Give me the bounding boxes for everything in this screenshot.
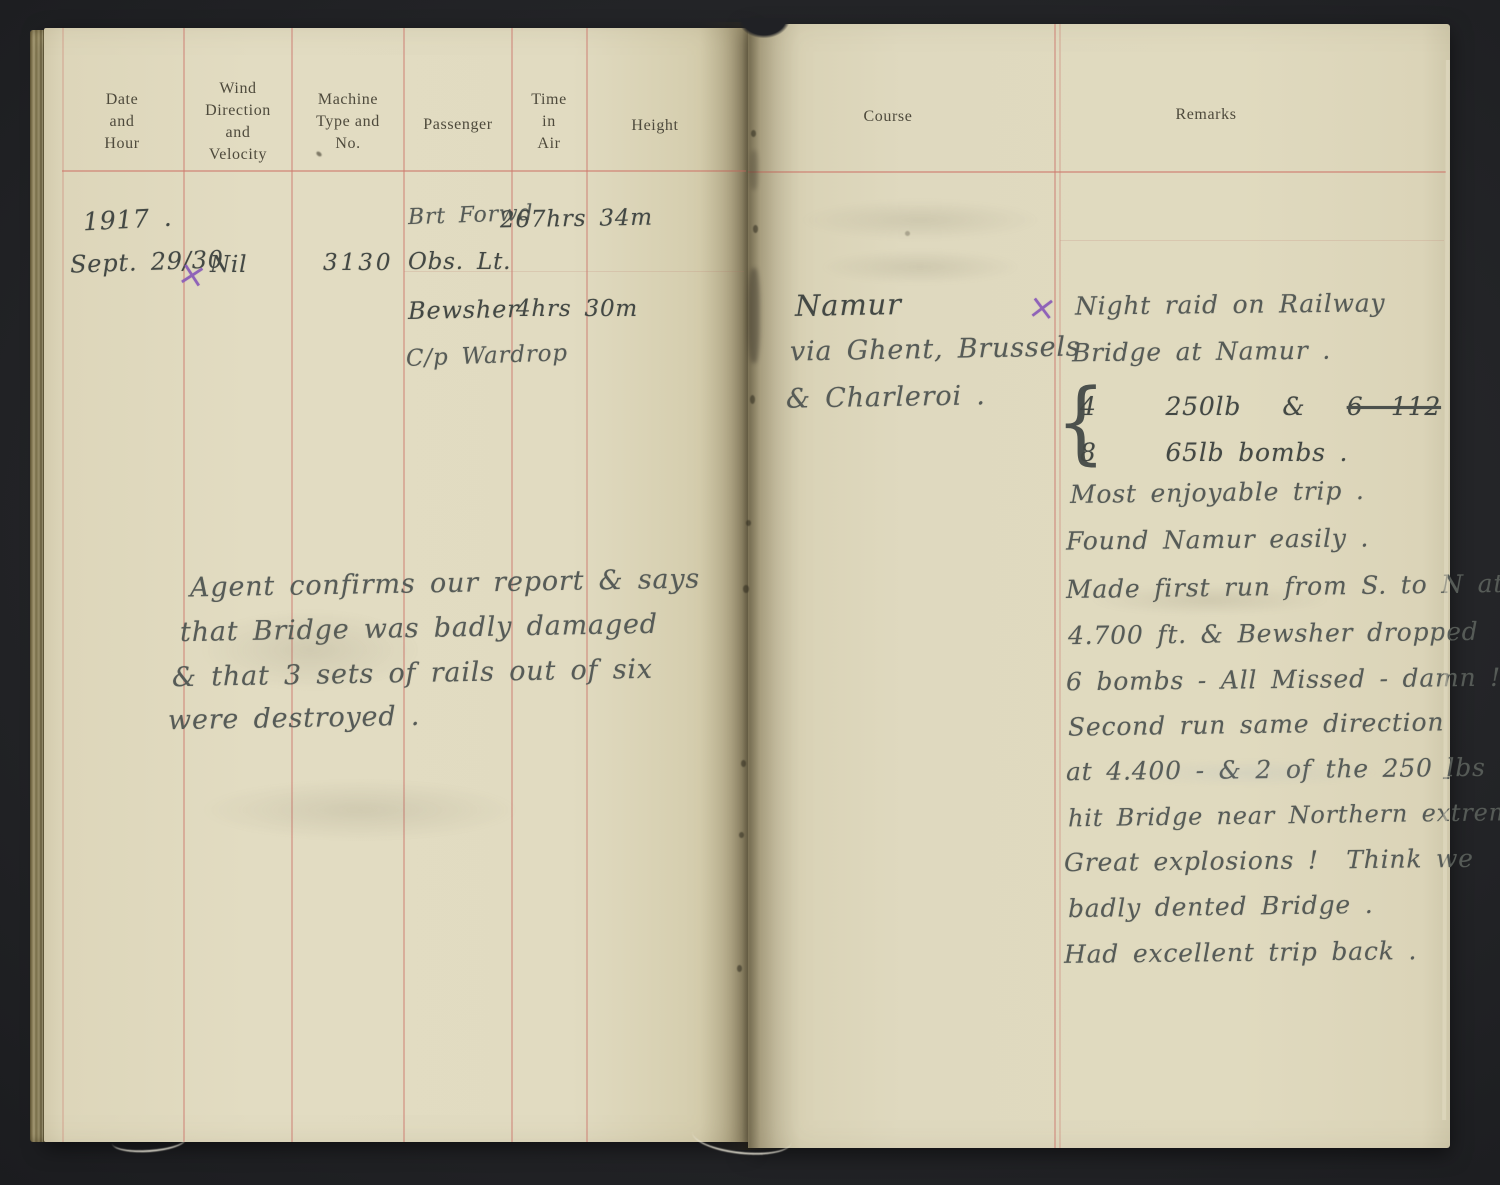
remarks-line: Found Namur easily . xyxy=(1066,523,1370,555)
header-rule xyxy=(62,170,746,172)
header-rule xyxy=(748,171,1446,173)
dust-speck xyxy=(739,832,744,838)
column-rule xyxy=(62,28,64,1142)
remarks-line: Most enjoyable trip . xyxy=(1070,476,1365,509)
remarks-line: hit Bridge near Northern extremity xyxy=(1068,798,1500,833)
course-line: via Ghent, Brussels xyxy=(790,331,1081,367)
entry-machine-no: 3130 xyxy=(323,250,394,276)
dust-speck xyxy=(737,965,742,972)
dust-speck xyxy=(746,520,751,526)
dust-speck xyxy=(743,585,749,593)
remarks-line: Great explosions ! Think we xyxy=(1064,844,1474,877)
remarks-line: Had excellent trip back . xyxy=(1064,936,1417,969)
remarks-line: Second run same direction xyxy=(1068,707,1445,741)
bomb-load-line-1-text: 4 250lb & xyxy=(1080,392,1347,421)
dust-speck xyxy=(905,231,910,236)
loose-thread xyxy=(111,1127,186,1154)
bomb-load-line-1: 4 250lb & 6 112 xyxy=(1080,392,1441,421)
logbook-photo: Date and Hour Wind Direction and Velocit… xyxy=(0,0,1500,1185)
remarks-line: 6 bombs - All Missed - damn ! xyxy=(1066,663,1500,697)
column-header-passenger: Passenger xyxy=(423,114,492,136)
show-through-smudge xyxy=(1120,760,1380,786)
remarks-line: badly dented Bridge . xyxy=(1068,890,1374,923)
course-line: Namur xyxy=(795,287,902,323)
column-header-machine: Machine Type and No. xyxy=(316,89,380,155)
show-through-smudge xyxy=(200,780,520,840)
dust-speck xyxy=(751,130,756,137)
column-header-wind: Wind Direction and Velocity xyxy=(205,78,271,166)
bomb-load-line-1-struck: 6 112 xyxy=(1347,392,1441,421)
dust-speck xyxy=(753,225,758,233)
column-rule xyxy=(1059,24,1061,1148)
entry-year: 1917 . xyxy=(82,203,173,237)
show-through-smudge xyxy=(820,250,1020,284)
show-through-smudge xyxy=(200,610,420,690)
entry-observer-name: Bewsher xyxy=(408,295,520,325)
column-header-date: Date and Hour xyxy=(104,89,139,155)
remarks-line: Bridge at Namur . xyxy=(1072,336,1331,368)
column-header-remarks: Remarks xyxy=(1175,104,1236,126)
column-header-height: Height xyxy=(631,115,678,137)
show-through-smudge xyxy=(1090,585,1330,615)
agent-note-line: were destroyed . xyxy=(168,701,421,736)
remarks-line: Night raid on Railway xyxy=(1075,288,1386,320)
show-through-smudge xyxy=(800,200,1040,240)
column-header-time-in-air: Time in Air xyxy=(531,89,567,155)
entry-wind: Nil xyxy=(210,252,247,278)
column-header-course: Course xyxy=(864,106,913,128)
purple-x-mark-remarks: × xyxy=(1025,286,1059,330)
dust-speck xyxy=(750,395,755,404)
entry-observer-rank: Obs. Lt. xyxy=(408,249,511,275)
column-rule xyxy=(183,28,185,1142)
entry-brought-forward-time: 267hrs 34m xyxy=(500,205,653,234)
entry-time-in-air: 4hrs 30m xyxy=(516,296,638,322)
course-line: & Charleroi . xyxy=(786,380,986,414)
gutter-smudge xyxy=(750,150,758,190)
show-through-rule xyxy=(1060,240,1444,241)
gutter-smudge xyxy=(748,268,760,363)
bomb-load-line-2: 8 65lb bombs . xyxy=(1080,438,1348,467)
column-rule xyxy=(1054,24,1056,1148)
remarks-line: 4.700 ft. & Bewsher dropped xyxy=(1068,617,1479,650)
gutter-top-notch xyxy=(738,18,790,38)
dust-speck xyxy=(741,760,746,767)
